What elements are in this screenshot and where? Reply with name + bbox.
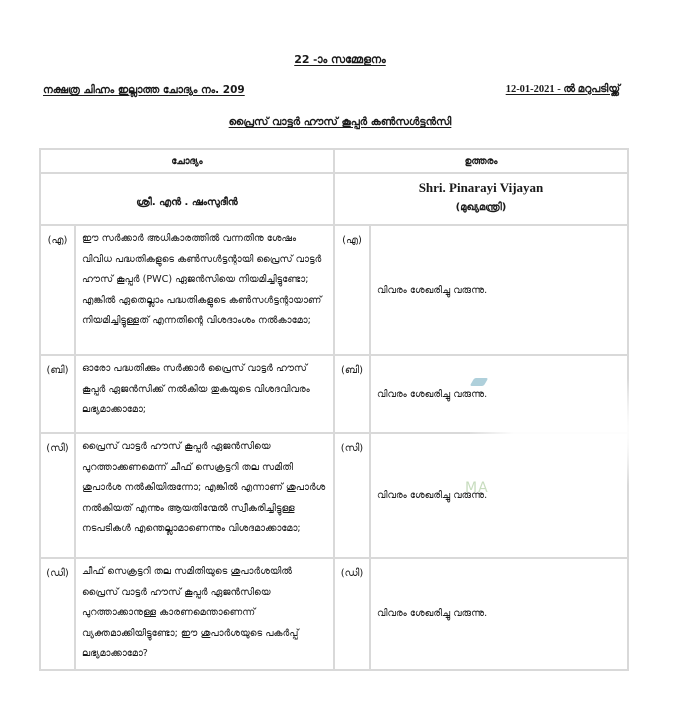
answer-label: (സി) — [334, 433, 370, 558]
question-text: പ്രൈസ് വാട്ടർ ഹൗസ് കൂപ്പർ ഏജൻസിയെ പുറത്ത… — [75, 433, 334, 558]
answer-date: 12-01-2021 - ൽ മറുപടിയ്ക്ക് — [506, 84, 620, 96]
table-row: (സി) പ്രൈസ് വാട്ടർ ഹൗസ് കൂപ്പർ ഏജൻസിയെ പ… — [40, 433, 628, 558]
minister-name: Shri. Pinarayi Vijayan — [335, 179, 627, 197]
table-row: (എ) ഈ സർക്കാർ അധികാരത്തിൽ വന്നതിനു ശേഷം … — [40, 225, 628, 355]
asker-name: ശ്രീ. എൻ . ഷംസുദീൻ — [136, 197, 237, 208]
session-title: 22 -ാം സമ്മേളനം — [0, 53, 680, 67]
subject-title: പ്രൈസ് വാട്ടർ ഹൗസ് കൂപ്പർ കൺസൾട്ടൻസി — [0, 116, 680, 129]
question-number: നക്ഷത്ര ചിഹ്നം ഇല്ലാത്ത ചോദ്യം നം. 209 — [43, 84, 245, 97]
table-row: (ഡി) ചീഫ് സെക്രട്ടറി തല സമിതിയുടെ ശുപാർശ… — [40, 558, 628, 670]
answer-label: (എ) — [334, 225, 370, 355]
asker-cell: ശ്രീ. എൻ . ഷംസുദീൻ — [40, 173, 334, 225]
minister-cell: Shri. Pinarayi Vijayan (മുഖ്യമന്ത്രി) — [334, 173, 628, 225]
question-label: (ബി) — [40, 355, 75, 433]
answer-text: വിവരം ശേഖരിച്ചു വരുന്നു. — [370, 225, 628, 355]
answer-label: (ഡി) — [334, 558, 370, 670]
question-text: ഓരോ പദ്ധതിക്കും സർക്കാർ പ്രൈസ് വാട്ടർ ഹൗ… — [75, 355, 334, 433]
question-answer-table: ചോദ്യം ഉത്തരം ശ്രീ. എൻ . ഷംസുദീൻ Shri. P… — [39, 148, 629, 671]
answer-text: വിവരം ശേഖരിച്ചു വരുന്നു. — [370, 558, 628, 670]
table-header-row: ചോദ്യം ഉത്തരം — [40, 149, 628, 173]
question-column-header: ചോദ്യം — [40, 149, 334, 173]
question-label: (ഡി) — [40, 558, 75, 670]
question-text: ഈ സർക്കാർ അധികാരത്തിൽ വന്നതിനു ശേഷം വിവി… — [75, 225, 334, 355]
answer-text: വിവരം ശേഖരിച്ചു വരുന്നു. — [370, 433, 628, 558]
minister-title: (മുഖ്യമന്ത്രി) — [335, 197, 627, 219]
names-row: ശ്രീ. എൻ . ഷംസുദീൻ Shri. Pinarayi Vijaya… — [40, 173, 628, 225]
question-text: ചീഫ് സെക്രട്ടറി തല സമിതിയുടെ ശുപാർശയിൽ പ… — [75, 558, 334, 670]
question-label: (എ) — [40, 225, 75, 355]
answer-text: വിവരം ശേഖരിച്ചു വരുന്നു. — [370, 355, 628, 433]
answer-label: (ബി) — [334, 355, 370, 433]
question-label: (സി) — [40, 433, 75, 558]
answer-column-header: ഉത്തരം — [334, 149, 628, 173]
table-row: (ബി) ഓരോ പദ്ധതിക്കും സർക്കാർ പ്രൈസ് വാട്… — [40, 355, 628, 433]
